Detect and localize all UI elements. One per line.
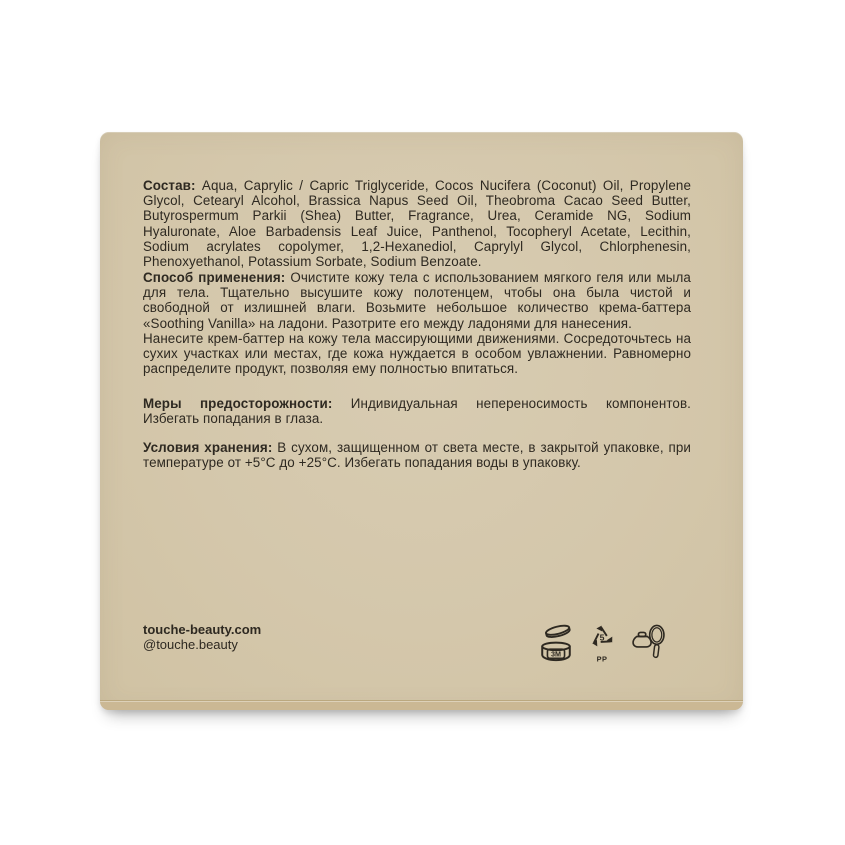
- usage-section: Способ применения: Очистите кожу тела с …: [143, 270, 691, 376]
- ingredients-heading: Состав:: [143, 178, 196, 193]
- bottle-glyph: [633, 632, 651, 646]
- precautions-heading: Меры предосторожности:: [143, 396, 332, 411]
- ingredients-text: Aqua, Caprylic / Capric Triglyceride, Co…: [143, 178, 691, 269]
- period-after-opening-jar-icon: 3M: [537, 623, 575, 665]
- usage-paragraph-1: Способ применения: Очистите кожу тела с …: [143, 270, 691, 331]
- storage-section: Условия хранения: В сухом, защищенном от…: [143, 440, 691, 470]
- packaging-icons: 3M 5: [537, 619, 665, 665]
- product-photo: Состав: Aqua, Caprylic / Capric Triglyce…: [0, 0, 845, 845]
- brand-website: touche-beauty.com: [143, 622, 261, 637]
- kraft-box-back-panel: Состав: Aqua, Caprylic / Capric Triglyce…: [100, 132, 743, 710]
- resin-code-number: 5: [600, 633, 605, 643]
- brand-contacts: touche-beauty.com @touche.beauty: [143, 622, 261, 652]
- box-bottom-edge: [100, 700, 743, 710]
- precautions-section: Меры предосторожности: Индивидуальная не…: [143, 396, 691, 426]
- usage-paragraph-2: Нанесите крем-баттер на кожу тела массир…: [143, 331, 691, 377]
- resin-material-label: PP: [597, 654, 608, 663]
- brand-social-handle: @touche.beauty: [143, 637, 261, 652]
- cosmetics-bottle-mirror-icon: [629, 619, 665, 663]
- pao-duration-label: 3M: [551, 650, 561, 659]
- ingredients-section: Состав: Aqua, Caprylic / Capric Triglyce…: [143, 178, 691, 269]
- usage-heading: Способ применения:: [143, 270, 285, 285]
- hand-mirror-glyph: [650, 625, 664, 657]
- storage-heading: Условия хранения:: [143, 440, 272, 455]
- recycling-triangle-icon: 5 PP: [588, 621, 616, 664]
